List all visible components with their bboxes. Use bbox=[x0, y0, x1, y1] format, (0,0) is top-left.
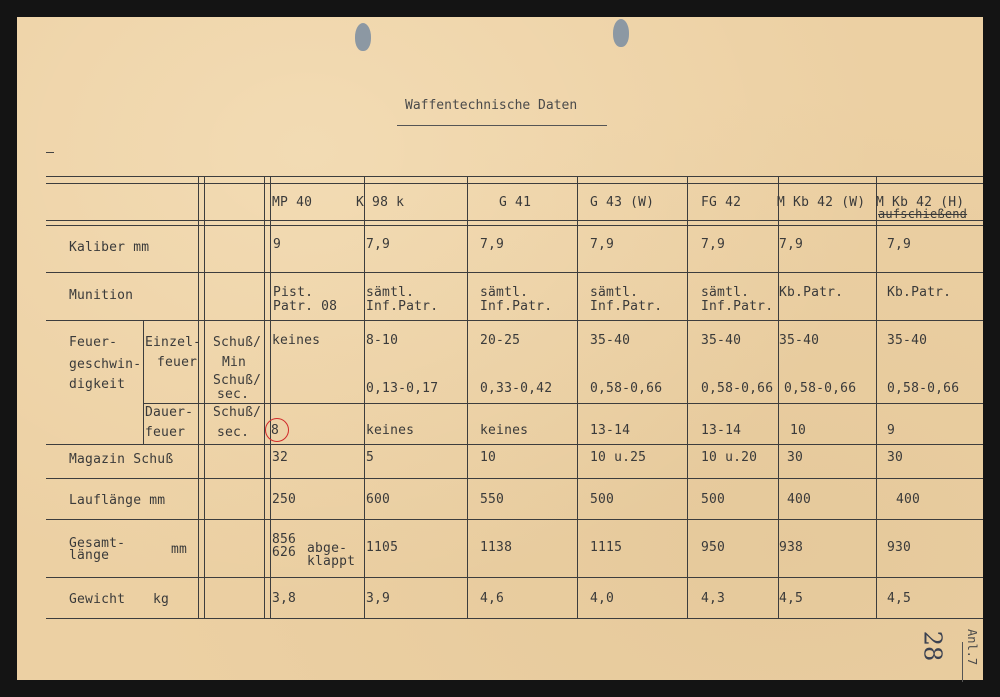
page-number: 28 bbox=[918, 631, 946, 662]
header-bottom-line-2 bbox=[46, 225, 983, 226]
label-lauflaenge: Lauflänge mm bbox=[69, 493, 165, 508]
label-magazin: Magazin Schuß bbox=[69, 452, 173, 467]
cell-munition-mp40-1: Pist. bbox=[273, 285, 313, 300]
margin-dash bbox=[46, 152, 54, 153]
header-mp40: MP 40 bbox=[272, 195, 312, 210]
cell-gewicht-k98k: 3,9 bbox=[366, 591, 390, 606]
col-line-g43 bbox=[577, 176, 578, 618]
cell-munition-mkb42w: Kb.Patr. bbox=[779, 285, 843, 300]
cell-lauflaenge-fg42: 500 bbox=[701, 492, 725, 507]
unit-einzel-min-1: Schuß/ bbox=[213, 335, 261, 350]
col-line-unit-2 bbox=[270, 176, 271, 618]
cell-dauer-mkb42w: 10 bbox=[790, 423, 806, 438]
cell-munition-g43-2: Inf.Patr. bbox=[590, 299, 662, 314]
cell-dauer-g41: keines bbox=[480, 423, 528, 438]
label-feuer-3: digkeit bbox=[69, 377, 125, 392]
cell-lauflaenge-mp40: 250 bbox=[272, 492, 296, 507]
cell-munition-mp40-2: Patr. 08 bbox=[273, 299, 337, 314]
unit-einzel-sec-2: sec. bbox=[217, 387, 249, 402]
cell-einzel-min-mkb42h: 35-40 bbox=[887, 333, 927, 348]
document-page: Waffentechnische Daten MP 40 K 98 k G 41… bbox=[17, 17, 983, 680]
col-line-mkb42h bbox=[876, 176, 877, 618]
cell-gesamtlaenge-g41: 1138 bbox=[480, 540, 512, 555]
cell-dauer-g43: 13-14 bbox=[590, 423, 630, 438]
row-line-gesamtlaenge bbox=[46, 577, 983, 578]
cell-kaliber-fg42: 7,9 bbox=[701, 237, 725, 252]
cell-lauflaenge-mkb42h: 400 bbox=[896, 492, 920, 507]
cell-magazin-fg42: 10 u.20 bbox=[701, 450, 757, 465]
cell-gewicht-mp40: 3,8 bbox=[272, 591, 296, 606]
header-mkb42w: M Kb 42 (W) bbox=[777, 195, 865, 210]
unit-einzel-sec-1: Schuß/ bbox=[213, 373, 261, 388]
unit-dauer-2: sec. bbox=[217, 425, 249, 440]
col-line-fg42 bbox=[687, 176, 688, 618]
cell-kaliber-k98k: 7,9 bbox=[366, 237, 390, 252]
col-line-g41 bbox=[467, 176, 468, 618]
col-line-unit-1 bbox=[264, 176, 265, 618]
cell-munition-k98k-2: Inf.Patr. bbox=[366, 299, 438, 314]
cell-einzel-min-mp40: keines bbox=[272, 333, 320, 348]
row-line-munition bbox=[46, 320, 983, 321]
cell-einzel-sec-mkb42w: 0,58-0,66 bbox=[784, 381, 856, 396]
cell-magazin-k98k: 5 bbox=[366, 450, 374, 465]
label-feuer-2: geschwin- bbox=[69, 357, 141, 372]
cell-kaliber-mkb42w: 7,9 bbox=[779, 237, 803, 252]
cell-magazin-g43: 10 u.25 bbox=[590, 450, 646, 465]
col-line-k98 bbox=[364, 176, 365, 618]
cell-gesamtlaenge-g43: 1115 bbox=[590, 540, 622, 555]
cell-munition-g41-1: sämtl. bbox=[480, 285, 528, 300]
cell-einzel-sec-mkb42h: 0,58-0,66 bbox=[887, 381, 959, 396]
cell-kaliber-mp40: 9 bbox=[273, 237, 281, 252]
cell-lauflaenge-g41: 550 bbox=[480, 492, 504, 507]
cell-munition-g43-1: sämtl. bbox=[590, 285, 638, 300]
table-top-line-1 bbox=[46, 176, 983, 177]
cell-kaliber-mkb42h: 7,9 bbox=[887, 237, 911, 252]
label-gewicht-unit: kg bbox=[153, 592, 169, 607]
title-underline bbox=[397, 125, 607, 126]
cell-einzel-min-fg42: 35-40 bbox=[701, 333, 741, 348]
label-einzel-2: feuer bbox=[157, 355, 197, 370]
col-line-sub-feuer bbox=[143, 320, 144, 444]
cell-gewicht-g43: 4,0 bbox=[590, 591, 614, 606]
cell-munition-k98k-1: sämtl. bbox=[366, 285, 414, 300]
unit-dauer-1: Schuß/ bbox=[213, 405, 261, 420]
row-line-lauflaenge bbox=[46, 519, 983, 520]
row-line-einzel bbox=[143, 403, 983, 404]
cell-munition-mkb42h: Kb.Patr. bbox=[887, 285, 951, 300]
cell-gesamtlaenge-mkb42w: 938 bbox=[779, 540, 803, 555]
label-gewicht: Gewicht bbox=[69, 592, 125, 607]
cell-munition-g41-2: Inf.Patr. bbox=[480, 299, 552, 314]
cell-gewicht-mkb42h: 4,5 bbox=[887, 591, 911, 606]
punch-hole-left bbox=[355, 23, 371, 51]
cell-lauflaenge-g43: 500 bbox=[590, 492, 614, 507]
label-munition: Munition bbox=[69, 288, 133, 303]
label-kaliber: Kaliber mm bbox=[69, 240, 149, 255]
table-bottom-line bbox=[46, 618, 983, 619]
punch-hole-right bbox=[613, 19, 629, 47]
cell-magazin-mkb42w: 30 bbox=[787, 450, 803, 465]
red-circle-annotation bbox=[265, 418, 289, 442]
cell-munition-fg42-1: sämtl. bbox=[701, 285, 749, 300]
header-k98k: K 98 k bbox=[356, 195, 404, 210]
cell-dauer-k98k: keines bbox=[366, 423, 414, 438]
cell-gesamtlaenge-k98k: 1105 bbox=[366, 540, 398, 555]
header-g43: G 43 (W) bbox=[590, 195, 654, 210]
table-top-line-2 bbox=[46, 183, 983, 184]
cell-einzel-sec-g41: 0,33-0,42 bbox=[480, 381, 552, 396]
cell-einzel-min-k98k: 8-10 bbox=[366, 333, 398, 348]
cell-gesamtlaenge-mp40-2: 626 bbox=[272, 545, 296, 560]
unit-einzel-min-2: Min bbox=[222, 355, 246, 370]
cell-magazin-mkb42h: 30 bbox=[887, 450, 903, 465]
header-mkb42h-note: aufschießend bbox=[878, 207, 967, 222]
cell-magazin-mp40: 32 bbox=[272, 450, 288, 465]
annex-label: Anl.7 bbox=[965, 629, 979, 665]
cell-gesamtlaenge-mkb42h: 930 bbox=[887, 540, 911, 555]
cell-gesamtlaenge-mp40-note-2: klappt bbox=[307, 554, 355, 569]
cell-einzel-min-mkb42w: 35-40 bbox=[779, 333, 819, 348]
row-line-kaliber bbox=[46, 272, 983, 273]
label-dauer-1: Dauer- bbox=[145, 405, 193, 420]
cell-kaliber-g43: 7,9 bbox=[590, 237, 614, 252]
cell-einzel-sec-k98k: 0,13-0,17 bbox=[366, 381, 438, 396]
label-feuer-1: Feuer- bbox=[69, 335, 117, 350]
document-title: Waffentechnische Daten bbox=[405, 98, 577, 113]
header-g41: G 41 bbox=[499, 195, 531, 210]
cell-magazin-g41: 10 bbox=[480, 450, 496, 465]
cell-dauer-mkb42h: 9 bbox=[887, 423, 895, 438]
cell-kaliber-g41: 7,9 bbox=[480, 237, 504, 252]
label-gesamtlaenge-unit: mm bbox=[171, 542, 187, 557]
col-line-label-2 bbox=[204, 176, 205, 618]
cell-gewicht-g41: 4,6 bbox=[480, 591, 504, 606]
cell-einzel-sec-fg42: 0,58-0,66 bbox=[701, 381, 773, 396]
header-bottom-line-1 bbox=[46, 220, 983, 221]
cell-gewicht-fg42: 4,3 bbox=[701, 591, 725, 606]
cell-einzel-sec-g43: 0,58-0,66 bbox=[590, 381, 662, 396]
label-dauer-2: feuer bbox=[145, 425, 185, 440]
cell-munition-fg42-2: Inf.Patr. bbox=[701, 299, 773, 314]
cell-gewicht-mkb42w: 4,5 bbox=[779, 591, 803, 606]
label-einzel-1: Einzel- bbox=[145, 335, 201, 350]
cell-einzel-min-g43: 35-40 bbox=[590, 333, 630, 348]
row-line-magazin bbox=[46, 478, 983, 479]
row-line-dauer bbox=[46, 444, 983, 445]
cell-einzel-min-g41: 20-25 bbox=[480, 333, 520, 348]
cell-lauflaenge-k98k: 600 bbox=[366, 492, 390, 507]
cell-gesamtlaenge-fg42: 950 bbox=[701, 540, 725, 555]
label-gesamtlaenge-2: länge bbox=[69, 548, 109, 563]
col-line-label-1 bbox=[198, 176, 199, 618]
annex-line bbox=[962, 642, 963, 682]
cell-dauer-fg42: 13-14 bbox=[701, 423, 741, 438]
cell-lauflaenge-mkb42w: 400 bbox=[787, 492, 811, 507]
header-fg42: FG 42 bbox=[701, 195, 741, 210]
